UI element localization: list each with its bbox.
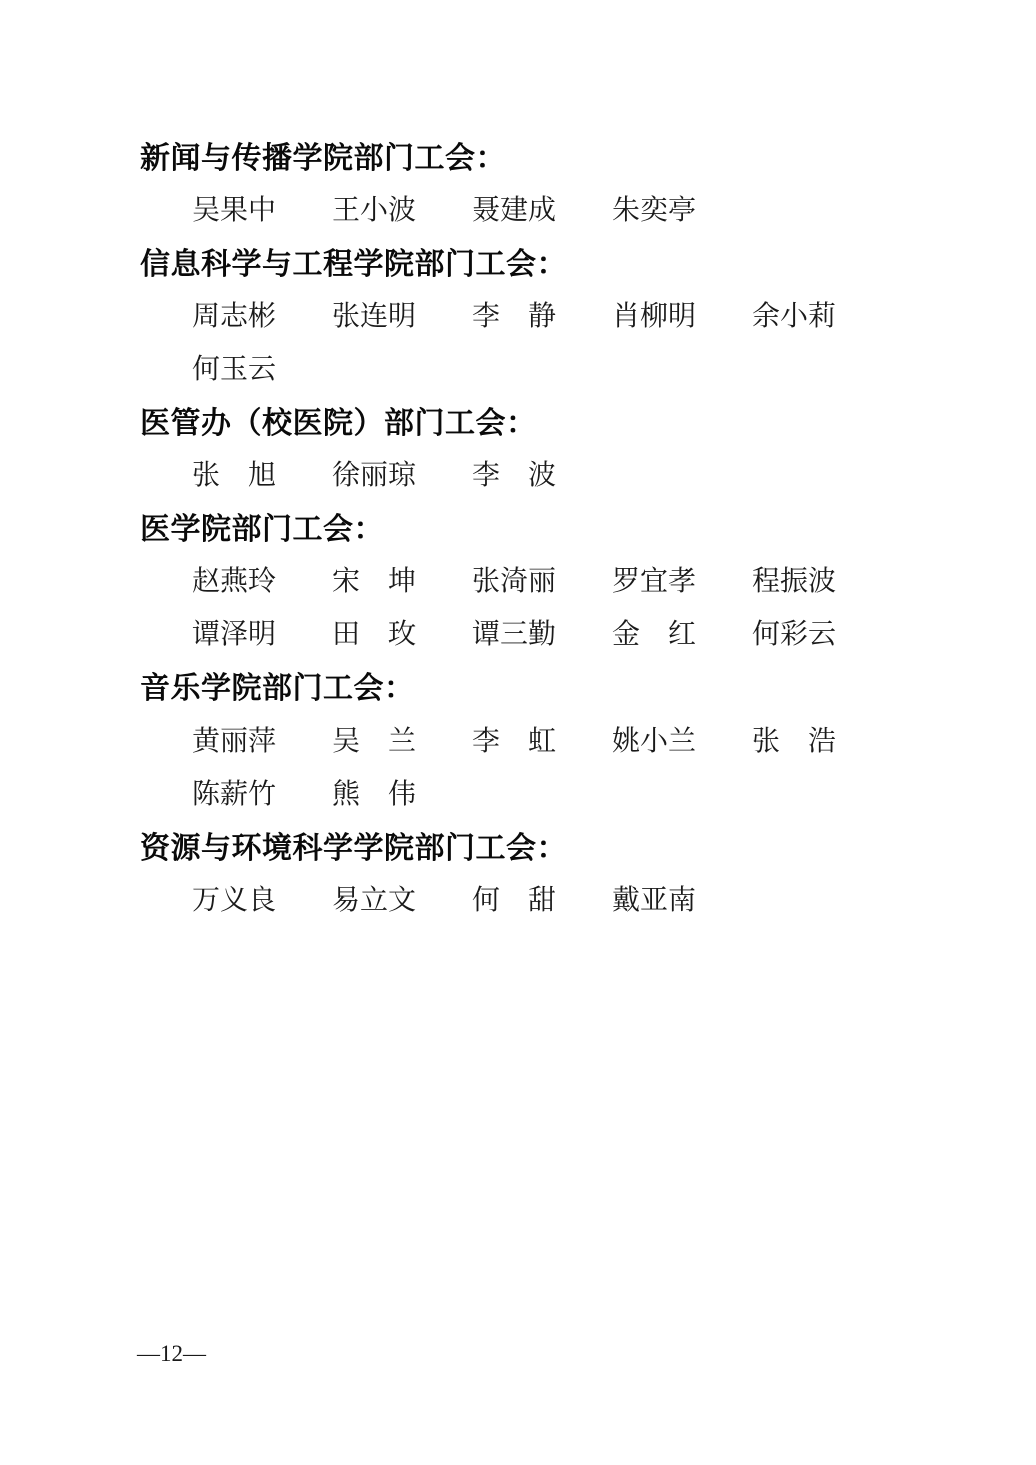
person-name: 何玉云: [192, 347, 276, 387]
section-heading: 信息科学与工程学院部门工会：: [140, 239, 567, 283]
section-heading: 医管办（校医院）部门工会：: [140, 398, 537, 442]
person-name: 田 玫: [332, 612, 416, 652]
union-section: 医学院部门工会： 赵燕玲宋 坤张渏丽罗宜孝程振波 谭泽明田 玫谭三勤金 红何彩云: [140, 500, 920, 659]
name-row: 吴果中王小波聂建成朱奕亭: [140, 188, 696, 228]
person-name: 张渏丽: [472, 559, 556, 599]
person-name: 周志彬: [192, 294, 276, 334]
person-name: 宋 坤: [332, 559, 416, 599]
name-row: 赵燕玲宋 坤张渏丽罗宜孝程振波: [140, 559, 836, 599]
document-body: 新闻与传播学院部门工会： 吴果中王小波聂建成朱奕亭 信息科学与工程学院部门工会：…: [140, 128, 920, 924]
person-name: 谭泽明: [192, 612, 276, 652]
person-name: 徐丽琼: [332, 453, 416, 493]
union-section: 音乐学院部门工会： 黄丽萍吴 兰李 虹姚小兰张 浩 陈薪竹熊 伟: [140, 659, 920, 818]
person-name: 吴果中: [192, 188, 276, 228]
person-name: 何彩云: [752, 612, 836, 652]
person-name: 金 红: [612, 612, 696, 652]
person-name: 何 甜: [472, 878, 556, 918]
person-name: 朱奕亭: [612, 188, 696, 228]
person-name: 赵燕玲: [192, 559, 276, 599]
person-name: 张 旭: [192, 453, 276, 493]
section-heading: 新闻与传播学院部门工会：: [140, 133, 506, 177]
person-name: 万义良: [192, 878, 276, 918]
name-row: 何玉云: [140, 347, 276, 387]
section-rows: 赵燕玲宋 坤张渏丽罗宜孝程振波 谭泽明田 玫谭三勤金 红何彩云: [140, 553, 920, 659]
person-name: 聂建成: [472, 188, 556, 228]
name-row: 周志彬张连明李 静肖柳明余小莉: [140, 294, 836, 334]
person-name: 张连明: [332, 294, 416, 334]
person-name: 罗宜孝: [612, 559, 696, 599]
person-name: 李 虹: [472, 719, 556, 759]
union-section: 医管办（校医院）部门工会： 张 旭徐丽琼李 波: [140, 393, 920, 499]
section-heading: 资源与环境科学学院部门工会：: [140, 823, 567, 867]
person-name: 李 静: [472, 294, 556, 334]
section-heading: 音乐学院部门工会：: [140, 663, 415, 707]
section-rows: 黄丽萍吴 兰李 虹姚小兰张 浩 陈薪竹熊 伟: [140, 712, 920, 818]
person-name: 张 浩: [752, 719, 836, 759]
name-row: 谭泽明田 玫谭三勤金 红何彩云: [140, 612, 836, 652]
person-name: 姚小兰: [612, 719, 696, 759]
union-section: 资源与环境科学学院部门工会： 万义良易立文何 甜戴亚南: [140, 818, 920, 924]
person-name: 李 波: [472, 453, 556, 493]
person-name: 陈薪竹: [192, 772, 276, 812]
document-page: 新闻与传播学院部门工会： 吴果中王小波聂建成朱奕亭 信息科学与工程学院部门工会：…: [0, 0, 1036, 1465]
union-section: 信息科学与工程学院部门工会： 周志彬张连明李 静肖柳明余小莉 何玉云: [140, 234, 920, 393]
person-name: 肖柳明: [612, 294, 696, 334]
section-rows: 张 旭徐丽琼李 波: [140, 447, 920, 500]
person-name: 戴亚南: [612, 878, 696, 918]
section-rows: 万义良易立文何 甜戴亚南: [140, 871, 920, 924]
person-name: 熊 伟: [332, 772, 416, 812]
person-name: 易立文: [332, 878, 416, 918]
person-name: 余小莉: [752, 294, 836, 334]
section-heading: 医学院部门工会：: [140, 504, 384, 548]
name-row: 陈薪竹熊 伟: [140, 772, 416, 812]
name-row: 张 旭徐丽琼李 波: [140, 453, 556, 493]
person-name: 程振波: [752, 559, 836, 599]
person-name: 王小波: [332, 188, 416, 228]
person-name: 谭三勤: [472, 612, 556, 652]
name-row: 黄丽萍吴 兰李 虹姚小兰张 浩: [140, 719, 836, 759]
page-number: —12—: [137, 1341, 206, 1367]
section-rows: 周志彬张连明李 静肖柳明余小莉 何玉云: [140, 287, 920, 393]
union-section: 新闻与传播学院部门工会： 吴果中王小波聂建成朱奕亭: [140, 128, 920, 234]
person-name: 吴 兰: [332, 719, 416, 759]
section-rows: 吴果中王小波聂建成朱奕亭: [140, 181, 920, 234]
name-row: 万义良易立文何 甜戴亚南: [140, 878, 696, 918]
person-name: 黄丽萍: [192, 719, 276, 759]
